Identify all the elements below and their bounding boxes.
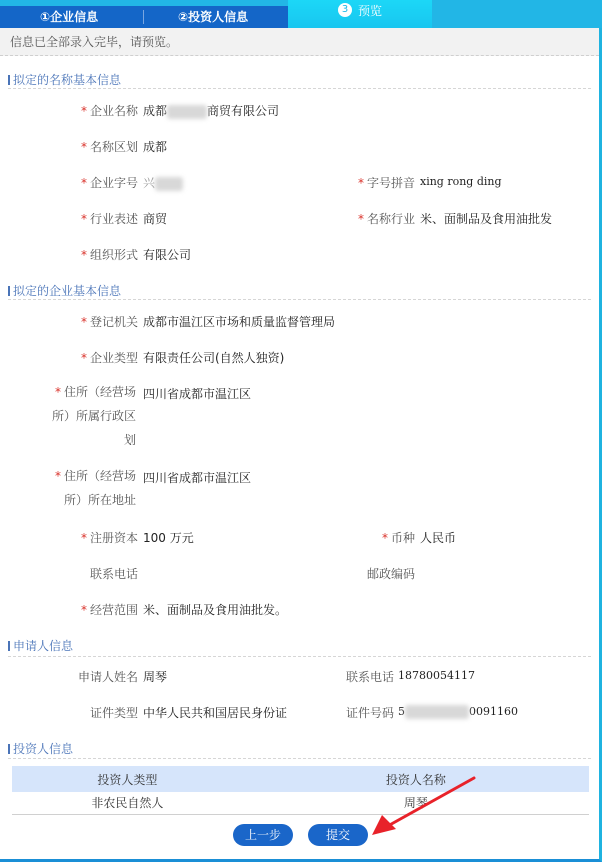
prev-step-button[interactable]: 上一步 [233, 824, 293, 846]
redacted-blur [167, 105, 207, 119]
redacted-blur [155, 177, 183, 191]
section-title-investor-info: 投资人信息 [8, 740, 73, 757]
step-number-badge: 3 [338, 3, 352, 17]
cell-investor-type: 非农民自然人 [12, 792, 243, 814]
section-title-name-info: 拟定的名称基本信息 [8, 71, 121, 88]
redacted-blur [405, 705, 469, 719]
table-row: 非农民自然人 周琴 [12, 792, 589, 814]
investor-table: 投资人类型 投资人名称 非农民自然人 周琴 [12, 766, 589, 815]
section-divider [8, 758, 591, 759]
tab-preview-label: 预览 [358, 2, 382, 19]
tab-preview[interactable]: 3 预览 [288, 0, 432, 28]
section-divider [8, 299, 591, 300]
submit-button[interactable]: 提交 [308, 824, 368, 846]
section-title-company-info: 拟定的企业基本信息 [8, 282, 121, 299]
notice-bar: 信息已全部录入完毕，请预览。 [0, 28, 599, 56]
required-marker: * [81, 104, 87, 118]
section-title-applicant-info: 申请人信息 [8, 637, 73, 654]
tab-investor-info[interactable]: ②投资人信息 [178, 6, 248, 28]
section-divider [8, 656, 591, 657]
column-header-investor-type: 投资人类型 [12, 766, 243, 792]
tab-company-info[interactable]: ①企业信息 [40, 6, 98, 28]
step-tab-bar: ①企业信息 ②投资人信息 3 预览 [0, 0, 602, 28]
annotation-arrow-icon [370, 775, 480, 837]
tab-separator [143, 10, 144, 24]
section-divider [8, 88, 591, 89]
table-header-row: 投资人类型 投资人名称 [12, 766, 589, 792]
